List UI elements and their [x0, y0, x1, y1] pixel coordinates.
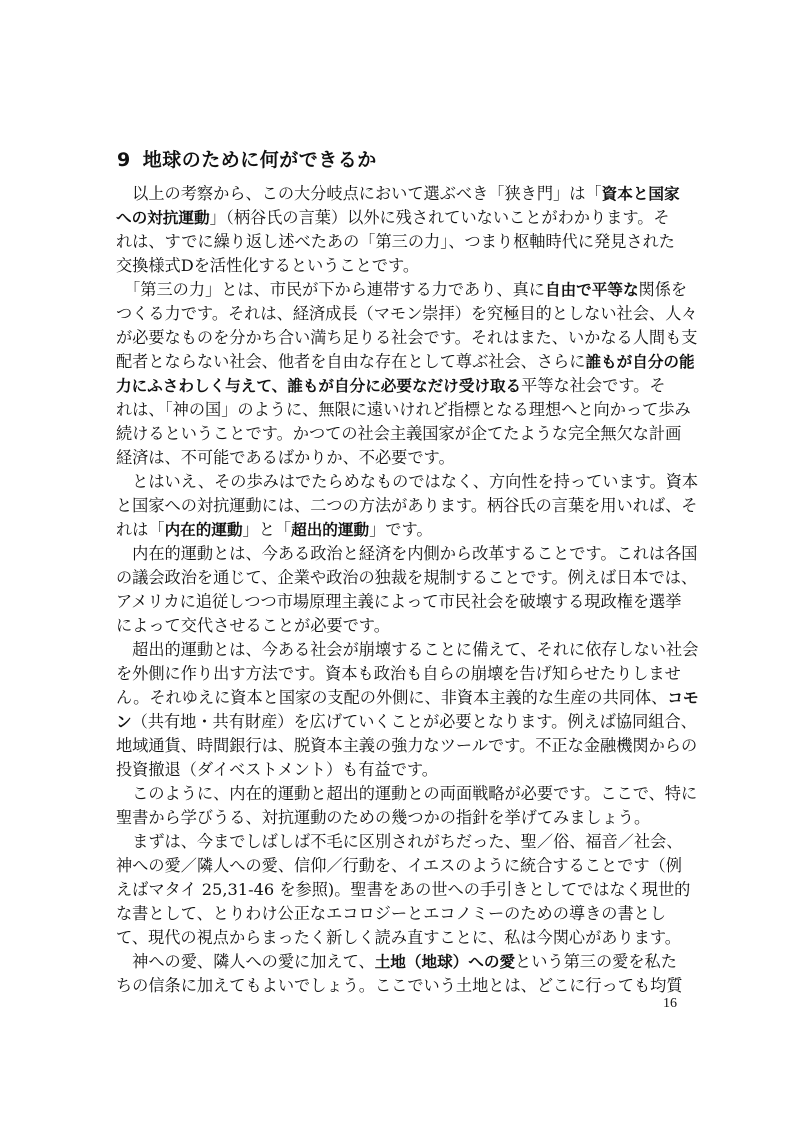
document-page: 9地球のために何ができるか 以上の考察から、この大分岐点において選ぶべき「狭き門…: [0, 0, 794, 1123]
text-line: 経済は、不可能であるばかりか、不必要です。: [116, 446, 682, 470]
text-line: 配者とならない社会、他者を自由な存在として尊ぶ社会、さらに誰もが自分の能: [116, 350, 682, 374]
text-span: れは、「神の国」のように、無限に遠いけれど指標となる理想へと向かって歩み: [116, 400, 691, 419]
bold-text: 資本と国家: [602, 185, 680, 203]
text-span: まずは、今までしばしば不毛に区別されがちだった、聖／俗、福音／社会、: [116, 832, 683, 851]
text-span: 聖書から学びうる、対抗運動のための幾つかの指針を挙げてみましょう。: [116, 808, 650, 827]
text-line: 以上の考察から、この大分岐点において選ぶべき「狭き門」は「資本と国家: [116, 182, 682, 206]
text-span: 内在的運動とは、今ある政治と経済を内側から改革することです。これは各国: [116, 544, 697, 563]
text-line: れは、「神の国」のように、無限に遠いけれど指標となる理想へと向かって歩み: [116, 398, 682, 422]
text-span: ん。それゆえに資本と国家の支配の外側に、非資本主義的な生産の共同体、: [116, 688, 667, 707]
text-span: （共有地・共有財産）を広げていくことが必要となります。例えば協同組合、: [132, 712, 697, 731]
text-line: を外側に作り出す方法です。資本も政治も自らの崩壊を告げ知らせたりしませ: [116, 662, 682, 686]
text-line: アメリカに追従しつつ市場原理主義によって市民社会を破壊する現政権を選挙: [116, 590, 682, 614]
text-line: ちの信条に加えてもよいでしょう。ここでいう土地とは、どこに行っても均質: [116, 974, 682, 998]
section-heading: 9地球のために何ができるか: [117, 145, 377, 172]
text-span: 関係を: [639, 280, 688, 299]
text-span: 「第三の力」とは、市民が下から連帯する力であり、真に: [116, 280, 545, 299]
text-span: を外側に作り出す方法です。資本も政治も自らの崩壊を告げ知らせたりしませ: [116, 664, 681, 683]
text-line: 力にふさわしく与えて、誰もが自分に必要なだけ受け取る平等な社会です。そ: [116, 374, 682, 398]
text-span: れは、すでに繰り返し述べたあの「第三の力」、つまり枢軸時代に発見された: [116, 232, 675, 251]
bold-text: 超出的運動: [291, 521, 369, 539]
bold-text: 誰もが自分の能: [585, 353, 694, 371]
text-line: 内在的運動とは、今ある政治と経済を内側から改革することです。これは各国: [116, 542, 682, 566]
text-line: ん。それゆえに資本と国家の支配の外側に、非資本主義的な生産の共同体、コモ: [116, 686, 682, 710]
text-line: つくる力です。それは、経済成長（マモン崇拝）を究極目的としない社会、人々: [116, 302, 682, 326]
text-line: への対抗運動」（柄谷氏の言葉）以外に残されていないことがわかります。そ: [116, 206, 682, 230]
text-line: 聖書から学びうる、対抗運動のための幾つかの指針を挙げてみましょう。: [116, 806, 682, 830]
text-line: と国家への対抗運動には、二つの方法があります。柄谷氏の言葉を用いれば、そ: [116, 494, 682, 518]
text-span: ちの信条に加えてもよいでしょう。ここでいう土地とは、どこに行っても均質: [116, 976, 683, 995]
bold-text: 内在的運動: [165, 521, 243, 539]
text-line: 神への愛、隣人への愛に加えて、土地（地球）への愛という第三の愛を私た: [116, 950, 682, 974]
text-line: れは、すでに繰り返し述べたあの「第三の力」、つまり枢軸時代に発見された: [116, 230, 682, 254]
text-line: ン（共有地・共有財産）を広げていくことが必要となります。例えば協同組合、: [116, 710, 682, 734]
text-span: 続けるということです。かつての社会主義国家が企てたような完全無欠な計画: [116, 424, 681, 443]
text-span: 経済は、不可能であるばかりか、不必要です。: [116, 448, 455, 467]
bold-text: 土地（地球）への愛: [375, 953, 515, 971]
text-line: 交換様式Dを活性化するということです。: [116, 254, 682, 278]
text-line: が必要なものを分かち合い満ち足りる社会です。それはまた、いかなる人間も支: [116, 326, 682, 350]
text-span: が必要なものを分かち合い満ち足りる社会です。それはまた、いかなる人間も支: [116, 328, 697, 347]
text-span: とはいえ、その歩みはでたらめなものではなく、方向性を持っています。資本: [116, 472, 698, 491]
section-title: 地球のために何ができるか: [143, 149, 377, 171]
text-span: 」と「: [243, 520, 292, 539]
text-line: 神への愛／隣人への愛、信仰／行動を、イエスのように統合することです（例: [116, 854, 682, 878]
bold-text: ン: [116, 713, 132, 731]
text-span: 投資撤退（ダイベストメント）も有益です。: [116, 760, 438, 779]
text-span: な書として、とりわけ公正なエコロジーとエコノミーのための導きの書とし: [116, 904, 666, 923]
text-line: 地域通貨、時間銀行は、脱資本主義の強力なツールです。不正な金融機関からの: [116, 734, 682, 758]
text-span: と国家への対抗運動には、二つの方法があります。柄谷氏の言葉を用いれば、そ: [116, 496, 697, 515]
text-span: の議会政治を通じて、企業や政治の独裁を規制することです。例えば日本では、: [116, 568, 697, 587]
text-line: 超出的運動とは、今ある社会が崩壊することに備えて、それに依存しない社会: [116, 638, 682, 662]
bold-text: コモ: [667, 689, 698, 707]
text-span: れは「: [116, 520, 165, 539]
body-text: 以上の考察から、この大分岐点において選ぶべき「狭き門」は「資本と国家への対抗運動…: [116, 182, 682, 998]
text-span: によって交代させることが必要です。: [116, 616, 390, 635]
text-span: 地域通貨、時間銀行は、脱資本主義の強力なツールです。不正な金融機関からの: [116, 736, 697, 755]
text-span: 平等な社会です。そ: [521, 376, 665, 395]
text-span: て、現代の視点からまったく新しく読み直すことに、私は今関心があります。: [116, 928, 681, 947]
bold-text: への対抗運動: [116, 209, 210, 227]
text-span: つくる力です。それは、経済成長（マモン崇拝）を究極目的としない社会、人々: [116, 304, 697, 323]
text-line: 投資撤退（ダイベストメント）も有益です。: [116, 758, 682, 782]
text-line: えばマタイ 25,31-46 を参照)。聖書をあの世への手引きとしてではなく現世…: [116, 878, 682, 902]
text-span: 以上の考察から、この大分岐点において選ぶべき「狭き門」は「: [116, 184, 602, 203]
text-span: 交換様式Dを活性化するということです。: [116, 256, 419, 275]
text-line: の議会政治を通じて、企業や政治の独裁を規制することです。例えば日本では、: [116, 566, 682, 590]
text-span: 」です。: [369, 520, 432, 539]
page-number: 16: [663, 996, 677, 1012]
text-span: 神への愛／隣人への愛、信仰／行動を、イエスのように統合することです（例: [116, 856, 682, 875]
text-span: 配者とならない社会、他者を自由な存在として尊ぶ社会、さらに: [116, 352, 585, 371]
text-line: 「第三の力」とは、市民が下から連帯する力であり、真に自由で平等な関係を: [116, 278, 682, 302]
text-line: まずは、今までしばしば不毛に区別されがちだった、聖／俗、福音／社会、: [116, 830, 682, 854]
text-span: 神への愛、隣人への愛に加えて、: [116, 952, 375, 971]
section-number: 9: [117, 149, 131, 171]
text-span: このように、内在的運動と超出的運動との両面戦略が必要です。ここで、特に: [116, 784, 697, 803]
bold-text: 力にふさわしく与えて、誰もが自分に必要なだけ受け取る: [116, 377, 521, 395]
text-line: 続けるということです。かつての社会主義国家が企てたような完全無欠な計画: [116, 422, 682, 446]
text-span: アメリカに追従しつつ市場原理主義によって市民社会を破壊する現政権を選挙: [116, 592, 681, 611]
bold-text: 自由で平等な: [545, 281, 639, 299]
text-span: えばマタイ 25,31-46 を参照)。聖書をあの世への手引きとしてではなく現世…: [116, 880, 690, 899]
text-line: て、現代の視点からまったく新しく読み直すことに、私は今関心があります。: [116, 926, 682, 950]
text-line: とはいえ、その歩みはでたらめなものではなく、方向性を持っています。資本: [116, 470, 682, 494]
text-span: 」（柄谷氏の言葉）以外に残されていないことがわかります。そ: [210, 208, 670, 227]
text-line: な書として、とりわけ公正なエコロジーとエコノミーのための導きの書とし: [116, 902, 682, 926]
text-span: という第三の愛を私た: [515, 952, 677, 971]
text-span: 超出的運動とは、今ある社会が崩壊することに備えて、それに依存しない社会: [116, 640, 698, 659]
text-line: このように、内在的運動と超出的運動との両面戦略が必要です。ここで、特に: [116, 782, 682, 806]
text-line: れは「内在的運動」と「超出的運動」です。: [116, 518, 682, 542]
text-line: によって交代させることが必要です。: [116, 614, 682, 638]
